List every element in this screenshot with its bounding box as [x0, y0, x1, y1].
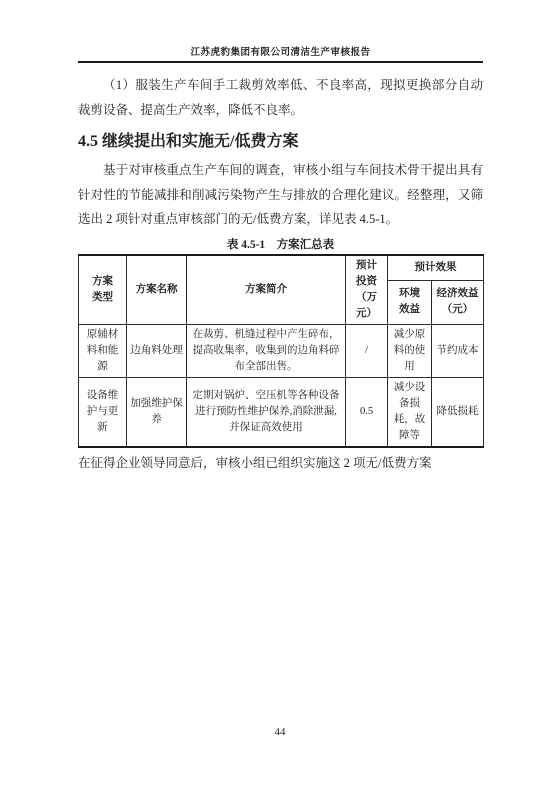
cell-plan-type: 设备维护与更新 — [79, 377, 127, 447]
paragraph-scheme-intro: 基于对审核重点生产车间的调查，审核小组与车间技术骨干提出具有针对性的节能减排和削… — [78, 158, 483, 232]
header-plan-type: 方案 类型 — [79, 255, 127, 325]
header-plan-desc: 方案简介 — [187, 255, 346, 325]
cell-investment: / — [346, 324, 388, 377]
header-expected-effect: 预计效果 — [388, 255, 484, 281]
cell-investment: 0.5 — [346, 377, 388, 447]
table-row-equipment-maintenance: 设备维护与更新 加强维护保养 定期对锅炉、空压机等各种设备进行预防性维护保养,消… — [79, 377, 484, 447]
document-page: 江苏虎豹集团有限公司清洁生产审核报告 （1）服装生产车间手工裁剪效率低、不良率高… — [0, 0, 560, 792]
cell-env-benefit: 减少设备损耗，故障等 — [388, 377, 432, 447]
header-plan-name: 方案名称 — [127, 255, 187, 325]
cell-env-benefit: 减少原料的使用 — [388, 324, 432, 377]
header-econ-benefit: 经济效益 （元） — [432, 280, 484, 324]
cell-econ-benefit: 节约成本 — [432, 324, 484, 377]
paragraph-cutting-issue: （1）服装生产车间手工裁剪效率低、不良率高，现拟更换部分自动裁剪设备、提高生产效… — [78, 73, 483, 122]
page-number: 44 — [0, 726, 560, 738]
cell-plan-name: 边角料处理 — [127, 324, 187, 377]
plan-summary-table: 方案 类型 方案名称 方案简介 预计 投资 （万 元） 预计效果 环境 效益 经… — [78, 254, 484, 448]
table-row-materials-energy: 原辅材料和能源 边角料处理 在裁剪、机缝过程中产生碎布，提高收集率，收集到的边角… — [79, 324, 484, 377]
section-heading-4-5: 4.5 继续提出和实施无/低费方案 — [78, 131, 483, 153]
table-caption: 表 4.5-1 方案汇总表 — [78, 236, 483, 252]
running-header: 江苏虎豹集团有限公司清洁生产审核报告 — [78, 44, 483, 63]
report-title: 江苏虎豹集团有限公司清洁生产审核报告 — [190, 48, 370, 58]
cell-plan-name: 加强维护保养 — [127, 377, 187, 447]
header-investment: 预计 投资 （万 元） — [346, 255, 388, 325]
cell-econ-benefit: 降低损耗 — [432, 377, 484, 447]
cell-plan-desc: 定期对锅炉、空压机等各种设备进行预防性维护保养,消除泄漏,并保证高效使用 — [187, 377, 346, 447]
implementation-note: 在征得企业领导同意后，审核小组已组织实施这 2 项无/低费方案 — [78, 452, 483, 474]
header-env-benefit: 环境 效益 — [388, 280, 432, 324]
cell-plan-type: 原辅材料和能源 — [79, 324, 127, 377]
cell-plan-desc: 在裁剪、机缝过程中产生碎布，提高收集率，收集到的边角料碎布全部出售。 — [187, 324, 346, 377]
